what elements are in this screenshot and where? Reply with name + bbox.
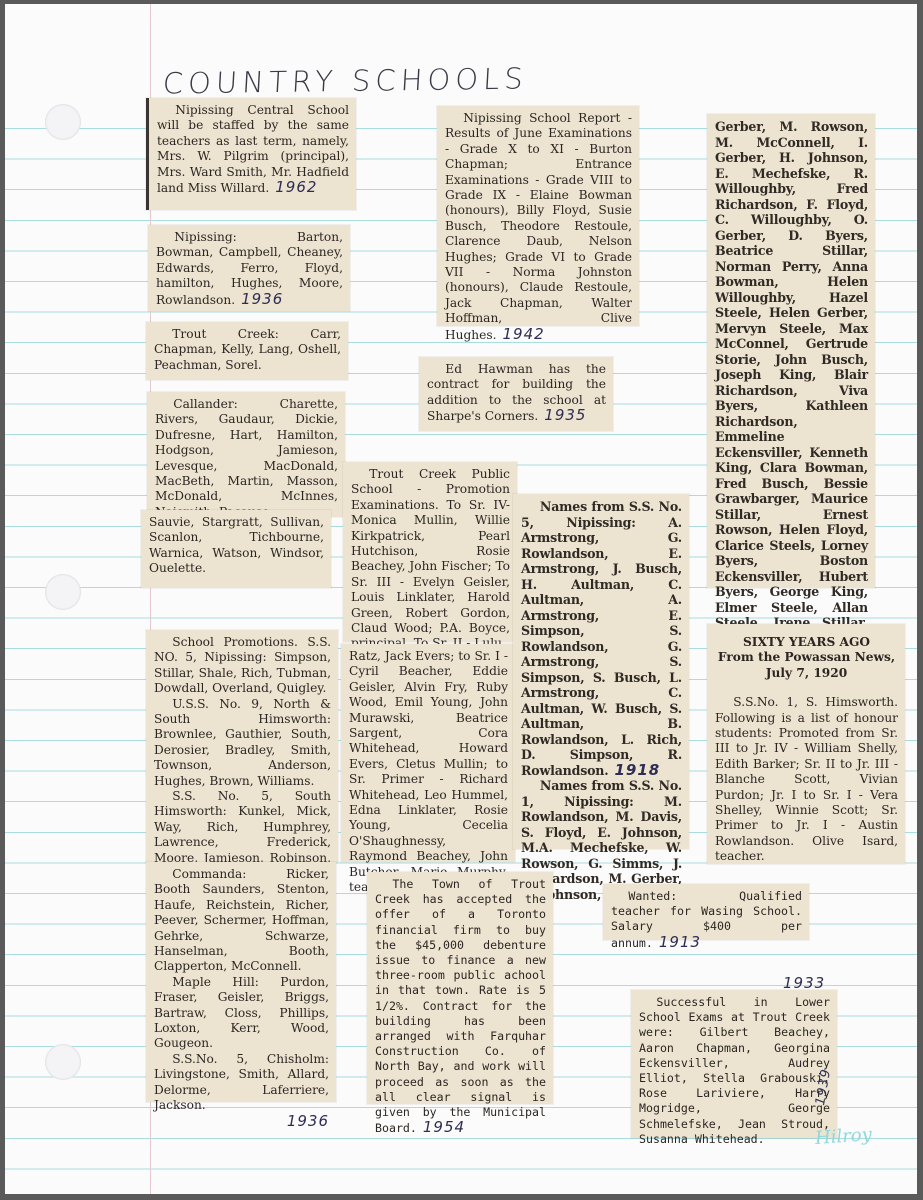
handwritten-year: 1936 [287,1112,329,1130]
clipping-wanted-teacher: Wanted: Qualified teacher for Wasing Sch… [603,884,809,940]
punch-hole [45,1044,81,1080]
handwritten-year: 1918 [614,761,660,779]
clipping-callander: Callander: Charette, Rivers, Gaudaur, Di… [147,392,345,517]
clipping-text: U.S.S. No. 9, North & South Himsworth: B… [154,697,331,789]
clipping-text: Wanted: Qualified teacher for Wasing Sch… [611,889,802,950]
clipping-text: Callander: Charette, Rivers, Gaudaur, Di… [155,397,338,520]
clipping-sixty-years-ago: SIXTY YEARS AGO From the Powassan News, … [707,624,905,864]
clipping-commanda: Commanda: Ricker, Booth Saunders, Stento… [146,862,336,1102]
clipping-text: Nipissing Central School will be staffed… [157,103,349,195]
clipping-text: Ratz, Jack Evers; to Sr. I - Cyril Beach… [349,649,508,894]
clipping-town-trout-creek: The Town of Trout Creek has accepted the… [367,872,553,1104]
clipping-lower-school-exams: Successful in Lower School Exams at Trou… [631,990,837,1138]
clipping-subheading: From the Powassan News, [715,650,898,665]
clipping-nipissing-central: Nipissing Central School will be staffed… [146,98,356,210]
clipping-text: Commanda: Ricker, Booth Saunders, Stento… [154,867,329,975]
clipping-trout-creek-promotion: Trout Creek Public School - Promotion Ex… [343,462,517,642]
scrapbook-page: COUNTRY SCHOOLS Nipissing Central School… [5,4,917,1194]
handwritten-year: 1913 [659,933,701,951]
paper-brand-logo: Hilroy [814,1124,872,1149]
clipping-text: S.S.No. 1, S. Himsworth. Following is a … [715,695,898,864]
clipping-callander-continued: Sauvie, Stargratt, Sullivan, Scanlon, Ti… [141,510,331,588]
clipping-text: Trout Creek Public School - Promotion Ex… [351,467,510,652]
clipping-text: Gerber, M. Rowson, M. McConnell, I. Gerb… [715,119,868,646]
clipping-text: Trout Creek: Carr, Chapman, Kelly, Lang,… [154,327,341,373]
clipping-date: July 7, 1920 [715,666,898,681]
clipping-text: S.S.No. 5, Chisholm: Livingstone, Smith,… [154,1052,329,1114]
clipping-text: Successful in Lower School Exams at Trou… [639,995,830,1146]
clipping-nipissing-school-report: Nipissing School Report - Results of Jun… [437,106,639,326]
handwritten-year: 1936 [241,290,283,308]
clipping-text: Maple Hill: Purdon, Fraser, Geisler, Bri… [154,975,329,1052]
handwritten-year: 1962 [275,178,317,196]
punch-hole [45,104,81,140]
clipping-text: Names from S.S. No. 5, Nipissing: A. Arm… [521,499,682,778]
clipping-text: Sauvie, Stargratt, Sullivan, Scanlon, Ti… [149,515,324,577]
clipping-trout-creek-promotion-continued: Ratz, Jack Evers; to Sr. I - Cyril Beach… [341,644,515,862]
clipping-ed-hawman: Ed Hawman has the contract for building … [419,357,613,431]
handwritten-year: 1942 [502,325,544,343]
handwritten-year: 1935 [544,406,586,424]
clipping-text: The Town of Trout Creek has accepted the… [375,877,546,1135]
page-title: COUNTRY SCHOOLS [162,61,529,100]
punch-hole [45,574,81,610]
handwritten-year: 1954 [423,1118,465,1136]
clipping-nipissing-1936: Nipissing: Barton, Bowman, Campbell, Che… [148,225,350,311]
clipping-ss-names: Names from S.S. No. 5, Nipissing: A. Arm… [513,494,689,849]
clipping-text: Nipissing School Report - Results of Jun… [445,111,632,342]
clipping-ss1-list-continued: Gerber, M. Rowson, M. McConnell, I. Gerb… [707,114,875,588]
clipping-school-promotions: School Promotions. S.S. NO. 5, Nipissing… [146,630,338,862]
clipping-text: School Promotions. S.S. NO. 5, Nipissing… [154,635,331,697]
clipping-heading: SIXTY YEARS AGO [715,635,898,650]
clipping-trout-creek-names: Trout Creek: Carr, Chapman, Kelly, Lang,… [146,322,348,380]
